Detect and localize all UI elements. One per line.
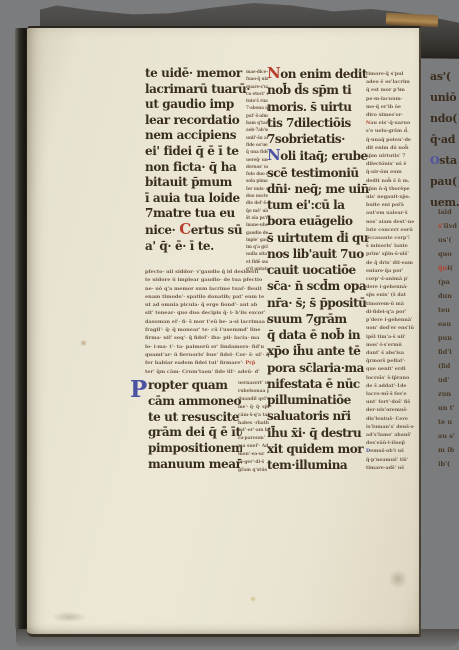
text-line: nos lib'auit 7uo bbox=[267, 246, 369, 262]
right-marginal-gloss: timore·q̄ s'puladeo ē os'lacrimq̄ est mo… bbox=[366, 70, 421, 474]
text-line: pora sc̄laria·ma bbox=[267, 360, 369, 376]
next-page-text-lower: iaīds'iivdus'(quoq̄ui((padunteueaupunfid… bbox=[438, 205, 459, 475]
text-line: s̄t oīa ps'r bbox=[246, 214, 268, 221]
text-span: sta bbox=[439, 154, 457, 167]
text-line: scē testimoniū bbox=[267, 165, 369, 181]
text-line: q̄·p'neamus̄' tis̄' bbox=[366, 456, 421, 464]
text-line: dere i·gehennā· bbox=[366, 283, 421, 291]
text-line: q̄ data ē nob̄ in bbox=[267, 327, 369, 343]
text-line: ne· uō q'a memor sum lacrime tuar̄· fleu… bbox=[145, 285, 271, 293]
text-line: de s̄ addat'·1de bbox=[366, 382, 421, 390]
text-line: prim' sp̄in·s̄·uls̄' bbox=[366, 250, 421, 258]
decorated-initial: Prp̄ bbox=[245, 360, 255, 366]
text-line: sp̄s enis' (s̄ dat bbox=[366, 291, 421, 299]
text-line: q̄o mē' uīes bbox=[246, 207, 268, 214]
decorated-initial: O bbox=[430, 154, 439, 167]
text-line: eau bbox=[438, 317, 459, 331]
text-line: timorem·ū mā bbox=[366, 300, 421, 308]
text-line: iaīd bbox=[438, 205, 459, 219]
text-line: me·q̄ er'ib ōe bbox=[366, 103, 421, 111]
text-line: lacrimarū tuarū· bbox=[145, 82, 251, 98]
text-line: dant' s̄ abs'isa bbox=[366, 349, 421, 357]
text-line: fid'i bbox=[438, 345, 459, 359]
text-line: inane·ube q̄ bbox=[246, 221, 268, 228]
text-line: au s' bbox=[438, 429, 459, 443]
text-line: un t' bbox=[438, 401, 459, 415]
text-line: dit enim dō nob̄ bbox=[366, 144, 421, 152]
text-line: nos' aiam dest'·ne bbox=[366, 218, 421, 226]
text-line: pilluminatiōe bbox=[267, 392, 369, 408]
text-line: ud' bbox=[438, 373, 459, 387]
text-span: iivd bbox=[444, 222, 457, 230]
text-line: ad's'lame' abans̄' bbox=[366, 431, 421, 439]
text-line: q̄·ad bbox=[430, 129, 459, 150]
text-line: suum 7grām bbox=[267, 311, 369, 327]
text-line: s'iivd bbox=[438, 219, 459, 233]
text-line: eniare·q̄a por' bbox=[366, 267, 421, 275]
text-line: habes ·rhath bbox=[238, 420, 269, 428]
text-line: tat'·or'·am be bbox=[238, 427, 269, 435]
text-line: cauit uocatiōe bbox=[267, 262, 369, 278]
text-line: nob̄ d̄s sp̄m ti bbox=[267, 82, 369, 98]
text-line: zun bbox=[438, 387, 459, 401]
text-line: ips̄i tim'a·s̄ uir̄ bbox=[366, 333, 421, 341]
text-line: uon' dod'er ens'iū bbox=[366, 324, 421, 332]
text-line: ih̄u x̄i· q̄ destru bbox=[267, 425, 369, 441]
text-line: xit quidem mor bbox=[267, 441, 369, 457]
text-line: dilectōnis' us̄ ē bbox=[366, 160, 421, 168]
text-line: ter' q̄m cām· Crum'taon' fide ill'· adeū… bbox=[145, 368, 271, 376]
text-line: pimpositionem bbox=[148, 441, 242, 457]
text-line: q̄·air·ōm eum bbox=[366, 168, 421, 176]
next-page-edge: as'(uniōndo(q̄·adOstapau(uem. iaīds'iivd… bbox=[419, 57, 459, 632]
text-line: tem·illumina bbox=[267, 457, 369, 473]
text-line: s'e uelu·grs̄m d̄. bbox=[366, 127, 421, 135]
manuscript-photo-background: te uidē· memorlacrimarū tuarū·ut gaudio … bbox=[0, 0, 459, 650]
text-line: occasante corp'! bbox=[366, 234, 421, 242]
text-line: pe·m·lacuum· bbox=[366, 95, 421, 103]
text-line: nulla sita s' bbox=[246, 250, 268, 257]
text-line: de q̄ dris' dit·eam bbox=[366, 259, 421, 267]
text-line: gr̄am q'stūs bbox=[238, 467, 269, 475]
text-line: im q'a grā re bbox=[246, 243, 268, 250]
p-paragraph-side-gloss: uernazert' uerubelsonaa p̄duandil qel'om… bbox=[238, 380, 269, 476]
text-line: nr̄a· s̄; s̄ p̄positū bbox=[267, 295, 369, 311]
text-line: buite eni por̄ā bbox=[366, 201, 421, 209]
text-span: on enim dedit bbox=[280, 67, 367, 81]
text-line: uernazert' ue bbox=[238, 380, 269, 388]
text-line: m ib bbox=[438, 443, 459, 457]
text-line: corp'·s̄·animā p' bbox=[366, 275, 421, 283]
text-line: nifestata ē nūc bbox=[267, 376, 369, 392]
text-line: gaudio de te bbox=[246, 229, 268, 236]
next-page-text-upper: as'(uniōndo(q̄·adOstapau(uem. bbox=[430, 66, 459, 214]
text-line: pat'·s̄·alma bbox=[246, 112, 268, 119]
text-span: fer habiar eadem fidei tui' firmare'· bbox=[145, 360, 245, 366]
text-line: nem accipiens bbox=[145, 128, 251, 144]
text-line: dedit nob̄ s̄ ū m. bbox=[366, 177, 421, 185]
text-line: bitauit p̄mum bbox=[145, 175, 251, 191]
text-line: ra·paroum' bbox=[238, 435, 269, 443]
parchment-stain bbox=[52, 612, 86, 622]
text-line: mos'·i·s'ermū bbox=[366, 341, 421, 349]
decorated-initial: N bbox=[267, 65, 280, 82]
text-line: 7·abona quit bbox=[246, 104, 268, 111]
text-line: pfecto· uii siddor· v'gaudio q̄ id desid… bbox=[145, 268, 271, 276]
text-line: inple' gaud'o bbox=[246, 236, 268, 243]
text-line: enam timodo'· spatilo donatib; pat' eum … bbox=[145, 293, 271, 301]
text-line: lear recordatio bbox=[145, 113, 251, 129]
text-line: tuto's̄ ruas' bbox=[246, 97, 268, 104]
text-line: sp̄m uirtutis' 7 bbox=[366, 152, 421, 160]
text-line: bam q'tae ua bbox=[246, 119, 268, 126]
illuminated-initial-p: P bbox=[130, 376, 147, 403]
text-line: q̄ est mor p'im bbox=[366, 86, 421, 94]
text-line: ib'( bbox=[438, 457, 459, 471]
text-line: lo· i·ma· t'· ta· paimorū er' lindamors·… bbox=[145, 343, 271, 351]
text-line: fuao·q̄ uia s'r bbox=[246, 75, 268, 82]
text-line: manuum mear̄ bbox=[148, 457, 242, 473]
text-line: co etoct' qp̄r bbox=[246, 90, 268, 97]
text-line: 7matre tua eu bbox=[145, 206, 251, 222]
text-line: a' q̄· ē· ī te. bbox=[145, 239, 251, 255]
text-line: pau( bbox=[430, 171, 459, 192]
text-line: dis'lentus̄· Cere bbox=[366, 415, 421, 423]
text-line: fer habiar eadem fidei tui' firmare'· Pr… bbox=[145, 359, 271, 367]
text-line: adeo ē os'lacrim bbox=[366, 78, 421, 86]
text-line: grām dei q̄ ē īte bbox=[148, 425, 242, 441]
text-line: fragil'· q̄· q̄ monear' te· cū i'usemmd'… bbox=[145, 326, 271, 334]
text-line: xp̄o ih̄u ante tē bbox=[267, 343, 369, 359]
text-line: tum ei':cū la bbox=[267, 197, 369, 213]
text-line: unt' fort'·dos̄' fis̄ bbox=[366, 398, 421, 406]
text-line: q̄ui( bbox=[438, 261, 459, 275]
decorated-initial: q̄u bbox=[438, 264, 447, 272]
text-line: duo nocte ac bbox=[246, 192, 268, 199]
text-span: nice· bbox=[145, 223, 179, 237]
text-span: oli itaq̄; erube bbox=[280, 149, 367, 163]
text-line: nice· Certus sū bbox=[145, 222, 251, 239]
text-line: timare·ads̄' us̄ bbox=[366, 464, 421, 472]
text-line: rubelsonaa p̄ bbox=[238, 388, 269, 396]
text-line: die del'·s̄·q̄ bbox=[246, 199, 268, 206]
main-text-right-column: Non enim deditnob̄ d̄s sp̄m timoris. s̄ … bbox=[267, 65, 369, 475]
text-line: 7sobrietatis· bbox=[267, 131, 369, 147]
parchment-stain bbox=[388, 570, 408, 588]
text-line: der·uis'oremus̄· bbox=[366, 406, 421, 414]
text-line: Nau eis'·q̄·uaruo bbox=[366, 119, 421, 127]
text-line: p'dere i·gehennā' bbox=[366, 316, 421, 324]
text-line: dn̄i· neq̄; me uin̄ bbox=[267, 181, 369, 197]
text-line: fuio duo mō bbox=[246, 170, 268, 177]
text-line: timore·q̄ s'pul bbox=[366, 70, 421, 78]
text-line: Demus̄·ob'i us̄ bbox=[366, 447, 421, 455]
text-line: uis' negauit·xp̄o. bbox=[366, 193, 421, 201]
text-line: dernos' uel' bbox=[246, 163, 268, 170]
text-line: q̄ una fidei ē bbox=[246, 148, 268, 155]
text-line: tis 7dilectiōis bbox=[267, 115, 369, 131]
text-span: emus̄·ob'i us̄ bbox=[370, 448, 404, 454]
text-line: cām·s̄·q'a tal' bbox=[238, 412, 269, 420]
text-line: cām ammoneo bbox=[148, 394, 242, 410]
text-line: que uenit' erdi bbox=[366, 365, 421, 373]
text-line: di·fidei·q'a por' bbox=[366, 308, 421, 316]
text-span: i( bbox=[447, 264, 453, 272]
text-line: (fid bbox=[438, 359, 459, 373]
main-text-left-column: te uidē· memorlacrimarū tuarū·ut gaudio … bbox=[145, 66, 251, 258]
text-line: ropter quam bbox=[148, 378, 242, 394]
decorated-initial: C bbox=[179, 220, 191, 238]
text-line: sc̄a· n̄ scd̄m opa bbox=[267, 278, 369, 294]
text-line: Noli itaq̄; erube bbox=[267, 147, 369, 164]
text-span: au eis'·q̄·uaruo bbox=[370, 120, 410, 126]
text-line: sp̄m n̄·q̄ tborēpe bbox=[366, 185, 421, 193]
text-line: et fidē suad' bbox=[246, 258, 268, 265]
text-line: fide os'uerīt bbox=[246, 141, 268, 148]
text-line: quare·s'uade bbox=[246, 83, 268, 90]
text-line: ei' fidei q̄ ē ī te bbox=[145, 144, 251, 160]
text-line: dun bbox=[438, 289, 459, 303]
text-line: pun bbox=[438, 331, 459, 345]
text-line: s̄ minoris' lante bbox=[366, 242, 421, 250]
text-line: moris. s̄ uirtu bbox=[267, 99, 369, 115]
text-line: me'· q̄· q̄· sp̄m bbox=[238, 404, 269, 412]
text-line: ut ad omnia picula· q̄ erge fiond'· aut … bbox=[145, 301, 271, 309]
text-line: sit' tenear· quo duo decipis q̄· i· b'ii… bbox=[145, 309, 271, 317]
text-line: te·ger'·di·s̄ bbox=[238, 459, 269, 467]
text-line: unil'·s̄u ala bbox=[246, 134, 268, 141]
interlinear-gloss-column: mae·dice·cuifuao·q̄ uia s'rquare·s'uadec… bbox=[246, 68, 268, 274]
text-line: q̄·unaq̄ poten'·de bbox=[366, 136, 421, 144]
text-line: quamt'ar· ū fieruoris' bue' fidei· Cor· … bbox=[145, 351, 271, 359]
text-line: ut gaudio imp bbox=[145, 97, 251, 113]
text-line: mae·dice·cui bbox=[246, 68, 268, 75]
text-line: sola pima·fie bbox=[246, 177, 268, 184]
text-line: as'( bbox=[430, 66, 459, 87]
decorated-initial: N bbox=[267, 146, 280, 164]
text-line: Non enim dedit bbox=[267, 65, 369, 82]
text-line: ma suef'· Ad bbox=[238, 443, 269, 451]
text-line: quo bbox=[438, 247, 459, 261]
text-line: te ut resuscite bbox=[148, 410, 242, 426]
parchment-stain bbox=[80, 340, 87, 346]
text-line: (pa bbox=[438, 275, 459, 289]
p-paragraph-text: ropter quamcām ammoneote ut resuscitegrā… bbox=[148, 378, 242, 476]
text-line: uniō bbox=[430, 87, 459, 108]
text-line: saluatoris nr̄i bbox=[267, 408, 369, 424]
text-line: non ficta· q̄ ha bbox=[145, 160, 251, 176]
marginal-gloss-block: pfecto· uii siddor· v'gaudio q̄ id desid… bbox=[145, 268, 271, 378]
text-line: firma· uil' soq'· q̄ fidel'· iba· pii· l… bbox=[145, 334, 271, 342]
text-line: s̄ uirtutem d̄i qui bbox=[267, 230, 369, 246]
text-line: lute concerr eorū bbox=[366, 226, 421, 234]
text-line: locroīs' s̄·ip̄rano bbox=[366, 374, 421, 382]
manuscript-page: te uidē· memorlacrimarū tuarū·ut gaudio … bbox=[27, 26, 421, 637]
text-line: duandil qel'o bbox=[238, 396, 269, 404]
text-line: fer unis· ear bbox=[246, 185, 268, 192]
text-line: diro ximes'or· bbox=[366, 111, 421, 119]
text-line: aut'em ualear·s̄ bbox=[366, 209, 421, 217]
text-line: is'luman's' deus̄·o bbox=[366, 423, 421, 431]
text-line: ndo( bbox=[430, 108, 459, 129]
text-line: des'eāū·i·is̄sep̄ bbox=[366, 439, 421, 447]
text-line: teu bbox=[438, 303, 459, 317]
text-line: mon'·ea·ur bbox=[238, 451, 269, 459]
text-line: te uidē· memor bbox=[145, 66, 251, 82]
text-line: us'( bbox=[438, 233, 459, 247]
text-line: lacro·mī·s̄ fes'e bbox=[366, 390, 421, 398]
text-line: q̄rmors̄ pellat'· bbox=[366, 357, 421, 365]
text-line: ī auia tua loide bbox=[145, 191, 251, 207]
text-line: dasoman el'· fi· s̄ mor t'eū be· a·si la… bbox=[145, 318, 271, 326]
text-line: te u bbox=[438, 415, 459, 429]
parchment-stain bbox=[250, 596, 256, 602]
text-line: te uidore ū implear gaudio· de tua pfect… bbox=[145, 276, 271, 284]
text-line: uereq̄· uno bbox=[246, 156, 268, 163]
text-line: aob·7ab'sq̄m bbox=[246, 126, 268, 133]
text-span: ertus sū bbox=[191, 223, 242, 237]
text-line: bora euāgelio bbox=[267, 213, 369, 229]
text-line: Osta bbox=[430, 150, 459, 171]
